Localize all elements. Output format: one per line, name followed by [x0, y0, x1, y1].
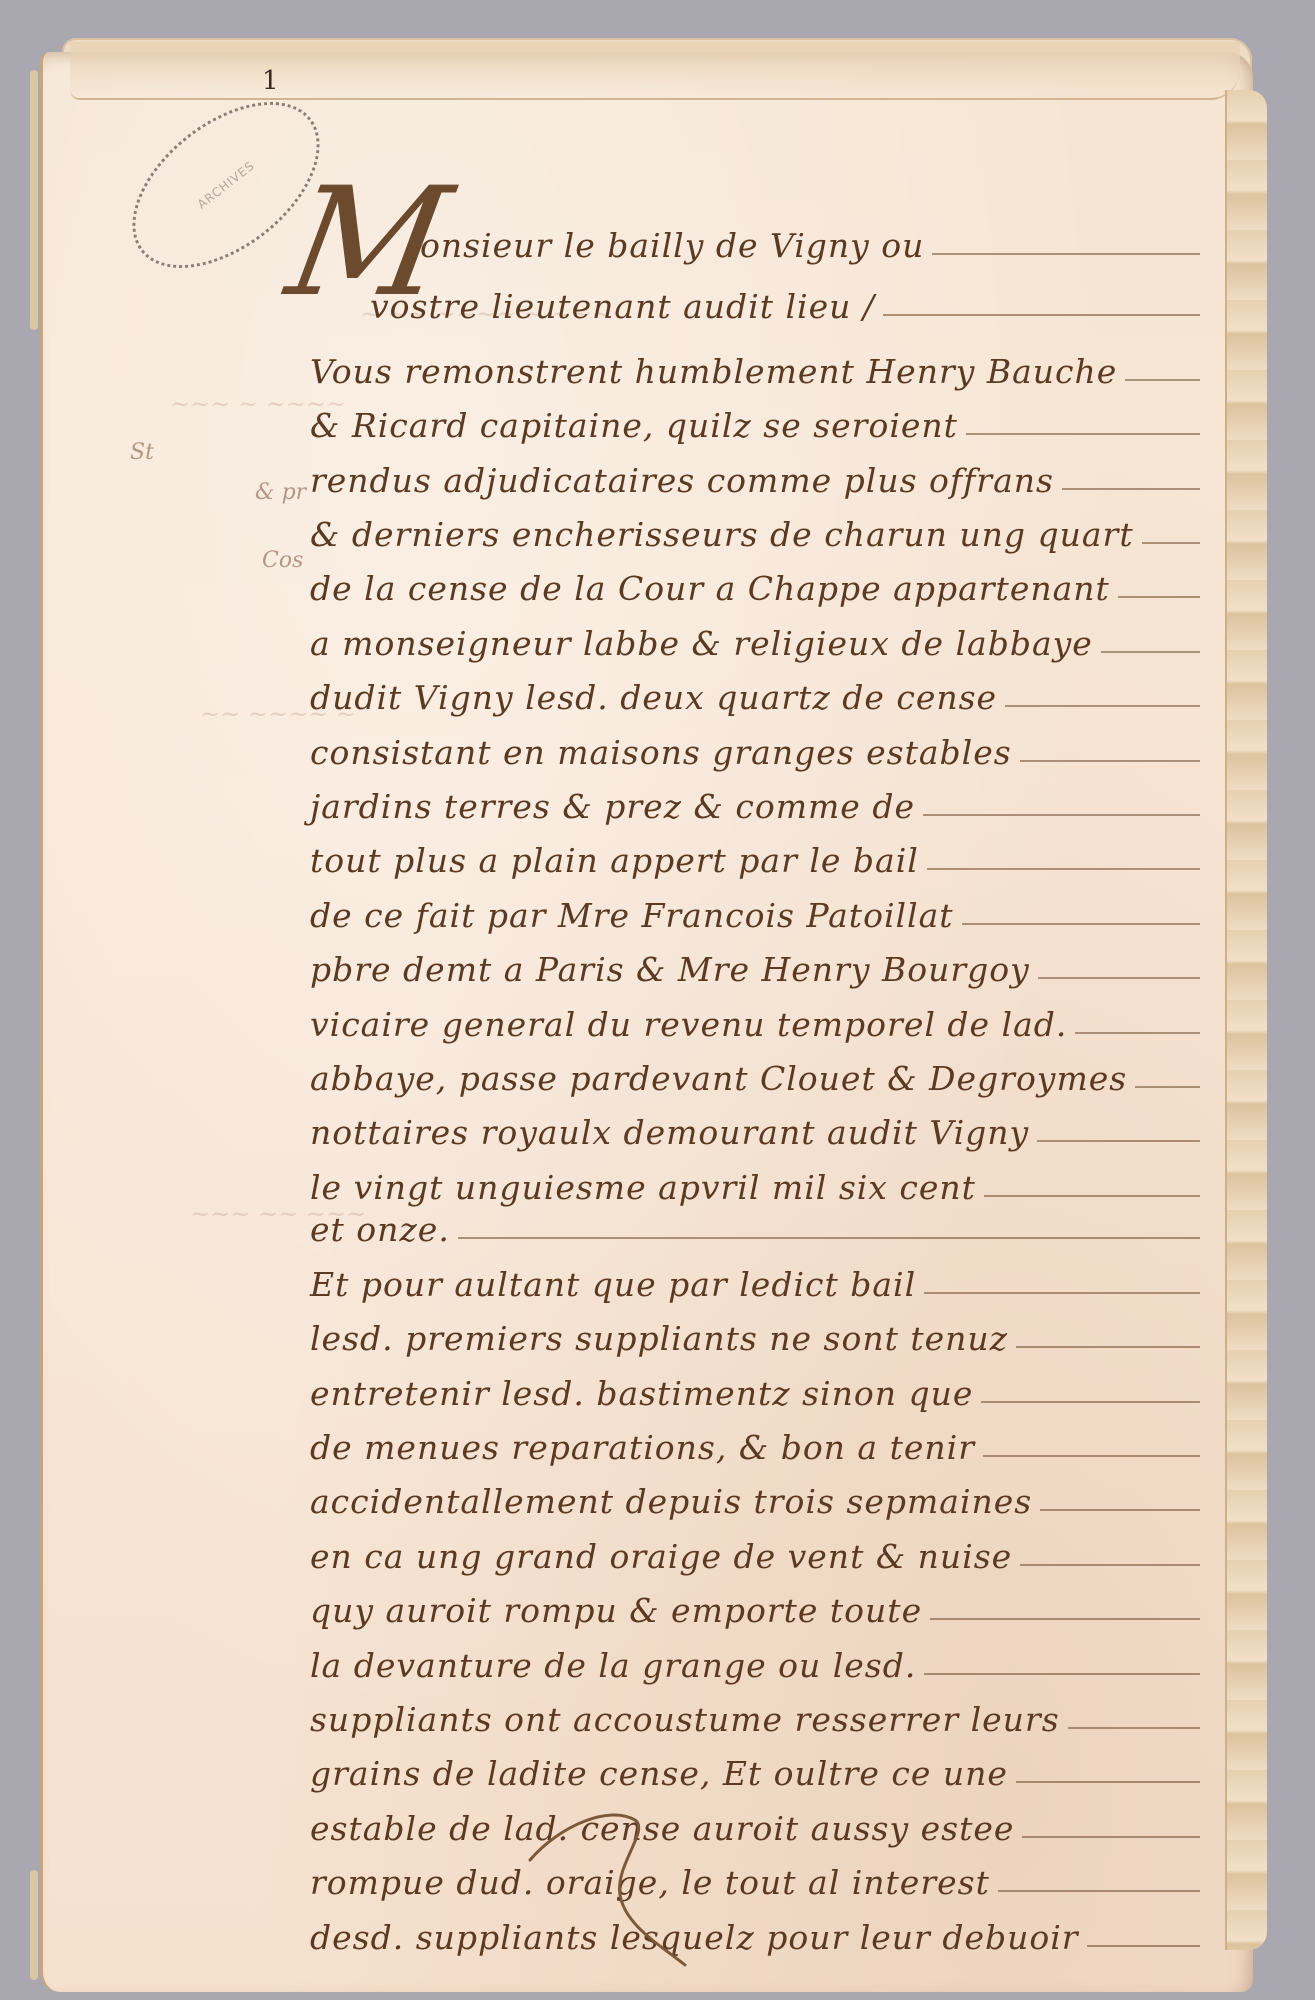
manuscript-line: quy auroit rompu & emporte toute — [310, 1580, 1200, 1630]
line-text: et onze. — [310, 1210, 458, 1249]
line-filler-stroke — [1038, 977, 1200, 979]
manuscript-line: a monseigneur labbe & religieux de labba… — [310, 613, 1200, 663]
line-text: lesd. premiers suppliants ne sont tenuz — [310, 1319, 1016, 1358]
line-filler-stroke — [966, 433, 1200, 435]
manuscript-line: dudit Vigny lesd. deux quartz de cense — [310, 667, 1200, 717]
line-text: accidentallement depuis trois sepmaines — [310, 1482, 1040, 1521]
manuscript-line: rompue dud. oraige, le tout al interest — [310, 1852, 1200, 1902]
line-filler-stroke — [1020, 760, 1200, 762]
line-text: en ca ung grand oraige de vent & nuise — [310, 1537, 1020, 1576]
manuscript-line: pbre demt a Paris & Mre Henry Bourgoy — [310, 939, 1200, 989]
line-text: suppliants ont accoustume resserrer leur… — [310, 1700, 1068, 1739]
line-text: tout plus a plain appert par le bail — [310, 841, 927, 880]
manuscript-line: & Ricard capitaine, quilz se seroient — [310, 395, 1200, 445]
manuscript-line: et onze. — [310, 1199, 1200, 1249]
line-filler-stroke — [1101, 651, 1200, 653]
folio-number: 1 — [262, 66, 279, 96]
line-filler-stroke — [998, 1890, 1200, 1892]
line-filler-stroke — [1016, 1781, 1200, 1783]
line-text: entretenir lesd. bastimentz sinon que — [310, 1374, 981, 1413]
margin-note: St — [130, 440, 154, 465]
manuscript-line: onsieur le bailly de Vigny ou — [420, 215, 1200, 265]
line-filler-stroke — [1118, 596, 1200, 598]
manuscript-line: grains de ladite cense, Et oultre ce une — [310, 1743, 1200, 1793]
manuscript-line: rendus adjudicataires comme plus offrans — [310, 450, 1200, 500]
manuscript-line: & derniers encherisseurs de charun ung q… — [310, 504, 1200, 554]
page-top-edge — [70, 42, 1240, 100]
margin-note: & pr — [255, 480, 306, 505]
manuscript-line: vicaire general du revenu temporel de la… — [310, 994, 1200, 1044]
manuscript-line: de menues reparations, & bon a tenir — [310, 1417, 1200, 1467]
line-text: a monseigneur labbe & religieux de labba… — [310, 624, 1101, 663]
manuscript-line: suppliants ont accoustume resserrer leur… — [310, 1689, 1200, 1739]
line-filler-stroke — [883, 314, 1200, 316]
stacked-page-edges — [1225, 90, 1267, 1950]
manuscript-line: Et pour aultant que par ledict bail — [310, 1254, 1200, 1304]
line-filler-stroke — [924, 1292, 1200, 1294]
line-text: vicaire general du revenu temporel de la… — [310, 1005, 1075, 1044]
line-filler-stroke — [984, 1195, 1200, 1197]
line-text: nottaires royaulx demourant audit Vigny — [310, 1113, 1037, 1152]
manuscript-line: entretenir lesd. bastimentz sinon que — [310, 1363, 1200, 1413]
line-filler-stroke — [458, 1237, 1200, 1239]
line-text: rendus adjudicataires comme plus offrans — [310, 461, 1062, 500]
manuscript-line: Vous remonstrent humblement Henry Bauche — [310, 341, 1200, 391]
line-filler-stroke — [1037, 1140, 1200, 1142]
line-filler-stroke — [983, 1455, 1200, 1457]
line-filler-stroke — [1075, 1032, 1200, 1034]
line-text: jardins terres & prez & comme de — [310, 787, 923, 826]
manuscript-line: accidentallement depuis trois sepmaines — [310, 1471, 1200, 1521]
paraph-flourish-icon — [520, 1805, 720, 1975]
line-filler-stroke — [1040, 1509, 1200, 1511]
line-filler-stroke — [930, 1618, 1200, 1620]
line-filler-stroke — [1142, 542, 1200, 544]
line-filler-stroke — [927, 868, 1200, 870]
manuscript-line: abbaye, passe pardevant Clouet & Degroym… — [310, 1048, 1200, 1098]
stamp-text: ARCHIVES — [194, 158, 258, 213]
manuscript-line: de ce fait par Mre Francois Patoillat — [310, 885, 1200, 935]
line-text: pbre demt a Paris & Mre Henry Bourgoy — [310, 950, 1038, 989]
manuscript-line: desd. suppliants lesquelz pour leur debu… — [310, 1907, 1200, 1957]
line-text: abbaye, passe pardevant Clouet & Degroym… — [310, 1059, 1135, 1098]
manuscript-line: consistant en maisons granges estables — [310, 722, 1200, 772]
line-filler-stroke — [1022, 1836, 1200, 1838]
line-text: de menues reparations, & bon a tenir — [310, 1428, 983, 1467]
manuscript-line: estable de lad. cense auroit aussy estee — [310, 1798, 1200, 1848]
line-text: quy auroit rompu & emporte toute — [310, 1591, 930, 1630]
line-text: Vous remonstrent humblement Henry Bauche — [310, 352, 1125, 391]
line-text: onsieur le bailly de Vigny ou — [420, 226, 932, 265]
line-filler-stroke — [1087, 1945, 1200, 1947]
line-filler-stroke — [962, 923, 1200, 925]
manuscript-line: en ca ung grand oraige de vent & nuise — [310, 1526, 1200, 1576]
line-text: grains de ladite cense, Et oultre ce une — [310, 1754, 1016, 1793]
line-filler-stroke — [1005, 705, 1200, 707]
line-filler-stroke — [1020, 1564, 1200, 1566]
line-text: & derniers encherisseurs de charun ung q… — [310, 515, 1142, 554]
manuscript-line: vostre lieutenant audit lieu / — [370, 276, 1200, 326]
line-filler-stroke — [923, 814, 1200, 816]
line-text: vostre lieutenant audit lieu / — [370, 287, 883, 326]
line-filler-stroke — [1125, 379, 1200, 381]
manuscript-line: nottaires royaulx demourant audit Vigny — [310, 1102, 1200, 1152]
line-text: de ce fait par Mre Francois Patoillat — [310, 896, 962, 935]
line-filler-stroke — [1068, 1727, 1200, 1729]
manuscript-line: de la cense de la Cour a Chappe apparten… — [310, 558, 1200, 608]
manuscript-line: la devanture de la grange ou lesd. — [310, 1635, 1200, 1685]
binding-string-top — [30, 70, 38, 330]
line-text: de la cense de la Cour a Chappe apparten… — [310, 569, 1118, 608]
line-text: la devanture de la grange ou lesd. — [310, 1646, 924, 1685]
line-filler-stroke — [1016, 1346, 1200, 1348]
line-filler-stroke — [1062, 488, 1200, 490]
line-text: & Ricard capitaine, quilz se seroient — [310, 406, 966, 445]
margin-note: Cos — [262, 548, 303, 573]
manuscript-line: tout plus a plain appert par le bail — [310, 830, 1200, 880]
binding-string-bottom — [30, 1870, 38, 1980]
line-filler-stroke — [1135, 1086, 1200, 1088]
line-filler-stroke — [932, 253, 1200, 255]
line-filler-stroke — [924, 1673, 1200, 1675]
manuscript-line: jardins terres & prez & comme de — [310, 776, 1200, 826]
manuscript-line: lesd. premiers suppliants ne sont tenuz — [310, 1308, 1200, 1358]
line-filler-stroke — [981, 1401, 1200, 1403]
line-text: consistant en maisons granges estables — [310, 733, 1020, 772]
line-text: Et pour aultant que par ledict bail — [310, 1265, 924, 1304]
line-text: dudit Vigny lesd. deux quartz de cense — [310, 678, 1005, 717]
